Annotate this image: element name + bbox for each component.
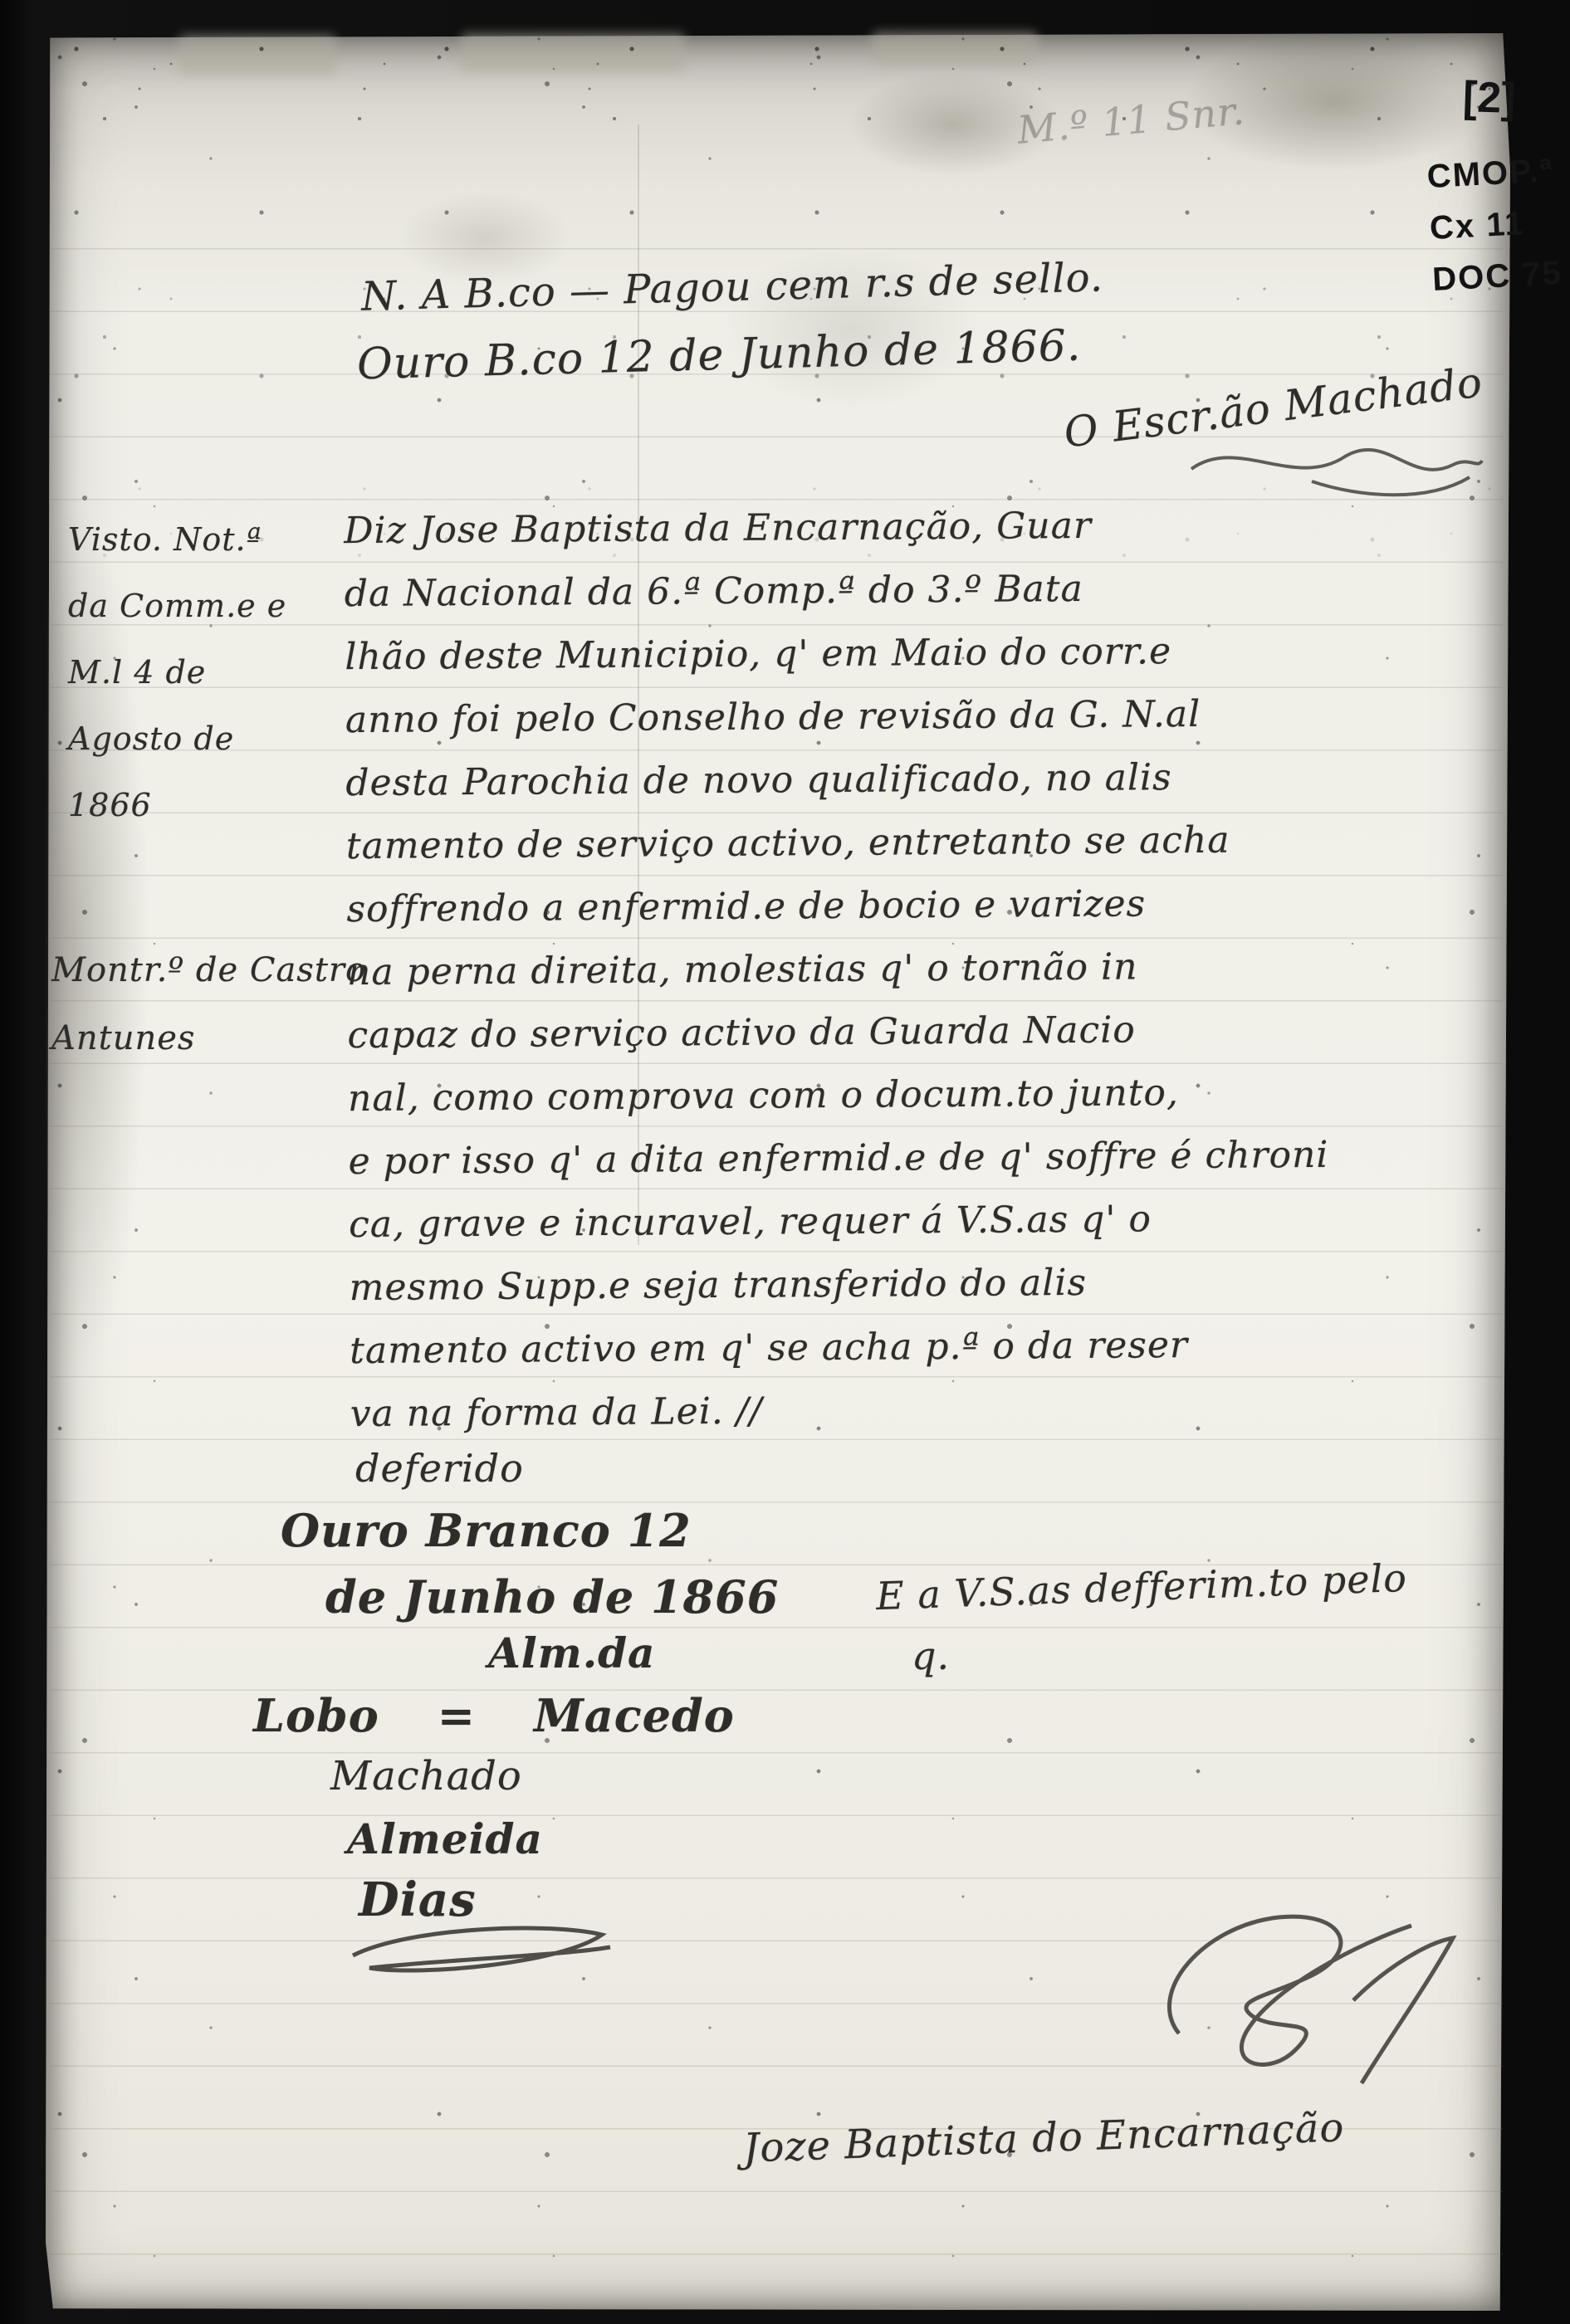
dias-signature-flourish-icon xyxy=(345,1922,619,1980)
archive-stamp-line: DOC 75 xyxy=(1431,247,1564,305)
signature-lobo: Lobo xyxy=(253,1689,379,1742)
archive-page-number: [2] xyxy=(1462,72,1517,124)
signature-almeida: Almeida xyxy=(347,1814,543,1863)
decision-deferido: deferido xyxy=(355,1446,524,1491)
petition-line: mesmo Supp.e seja transferido do alis xyxy=(349,1250,1329,1320)
petition-line: anno foi pelo Conselho de revisão da G. … xyxy=(345,682,1326,752)
petition-line: tamento de serviço activo, entretanto se… xyxy=(346,808,1327,878)
archive-stamp-line: Cx 11 xyxy=(1428,196,1561,254)
margin-note-names: Montr.º de Castro Antunes xyxy=(51,936,366,1072)
signature-separator: = xyxy=(438,1689,476,1742)
petition-line: na perna direita, molestias q' o tornão … xyxy=(347,935,1328,1004)
petition-line: lhão deste Municipio, q' em Maio do corr… xyxy=(345,619,1325,689)
margin-note-line: Montr.º de Castro xyxy=(51,936,366,1004)
decision-date: de Junho de 1866 xyxy=(325,1570,779,1623)
petition-line: Diz Jose Baptista da Encarnação, Guar xyxy=(344,493,1324,563)
margin-note-line: 1866 xyxy=(68,772,286,838)
margin-note-line: M.l 4 de xyxy=(68,639,286,705)
margin-note-line: da Comm.e e xyxy=(68,573,286,639)
petition-line: soffrendo a enfermid.e de bocio e varize… xyxy=(346,871,1327,941)
tape-fragment xyxy=(872,32,1038,65)
signature-almda: Alm.da xyxy=(488,1628,655,1677)
petition-line: e por isso q' a dita enfermid.e de q' so… xyxy=(348,1124,1328,1194)
petition-line: ca, grave e incuravel, requer á V.S.as q… xyxy=(349,1187,1329,1257)
archive-stamp: CMOP.ª Cx 11 DOC 75 xyxy=(1426,144,1563,305)
petition-line: va na forma da Lei. // xyxy=(350,1376,1330,1446)
petition-line: tamento activo em q' se acha p.ª o da re… xyxy=(350,1313,1330,1383)
closing-continuation: q. xyxy=(912,1633,950,1678)
margin-note-line: Visto. Not.ª xyxy=(68,506,286,573)
decision-place: Ouro Branco 12 xyxy=(281,1504,692,1557)
margin-note-line: Antunes xyxy=(51,1004,366,1072)
petition-line: capaz do serviço activo da Guarda Nacio xyxy=(347,998,1328,1067)
tape-fragment xyxy=(461,33,685,71)
petition-body: Diz Jose Baptista da Encarnação, Guar da… xyxy=(344,493,1331,1446)
signature-row-lobo-macedo: Lobo = Macedo xyxy=(253,1689,735,1742)
petition-line: desta Parochia de novo qualificado, no a… xyxy=(345,745,1326,815)
petition-line: da Nacional da 6.ª Comp.ª do 3.º Bata xyxy=(345,556,1325,626)
signature-macedo: Macedo xyxy=(534,1689,735,1742)
margin-note-visto: Visto. Not.ª da Comm.e e M.l 4 de Agosto… xyxy=(68,506,286,838)
petition-line: nal, como comprova com o docum.to junto, xyxy=(348,1061,1328,1130)
document-scan: [2] CMOP.ª Cx 11 DOC 75 M.º 11 Snr. N. A… xyxy=(0,0,1570,2324)
rubric-flourish-icon xyxy=(1154,1892,1486,2108)
signature-machado: Machado xyxy=(330,1753,522,1799)
signature-dias: Dias xyxy=(359,1872,477,1927)
archive-stamp-line: CMOP.ª xyxy=(1426,144,1558,203)
tape-fragment xyxy=(179,35,336,75)
margin-note-line: Agosto de xyxy=(68,705,286,772)
